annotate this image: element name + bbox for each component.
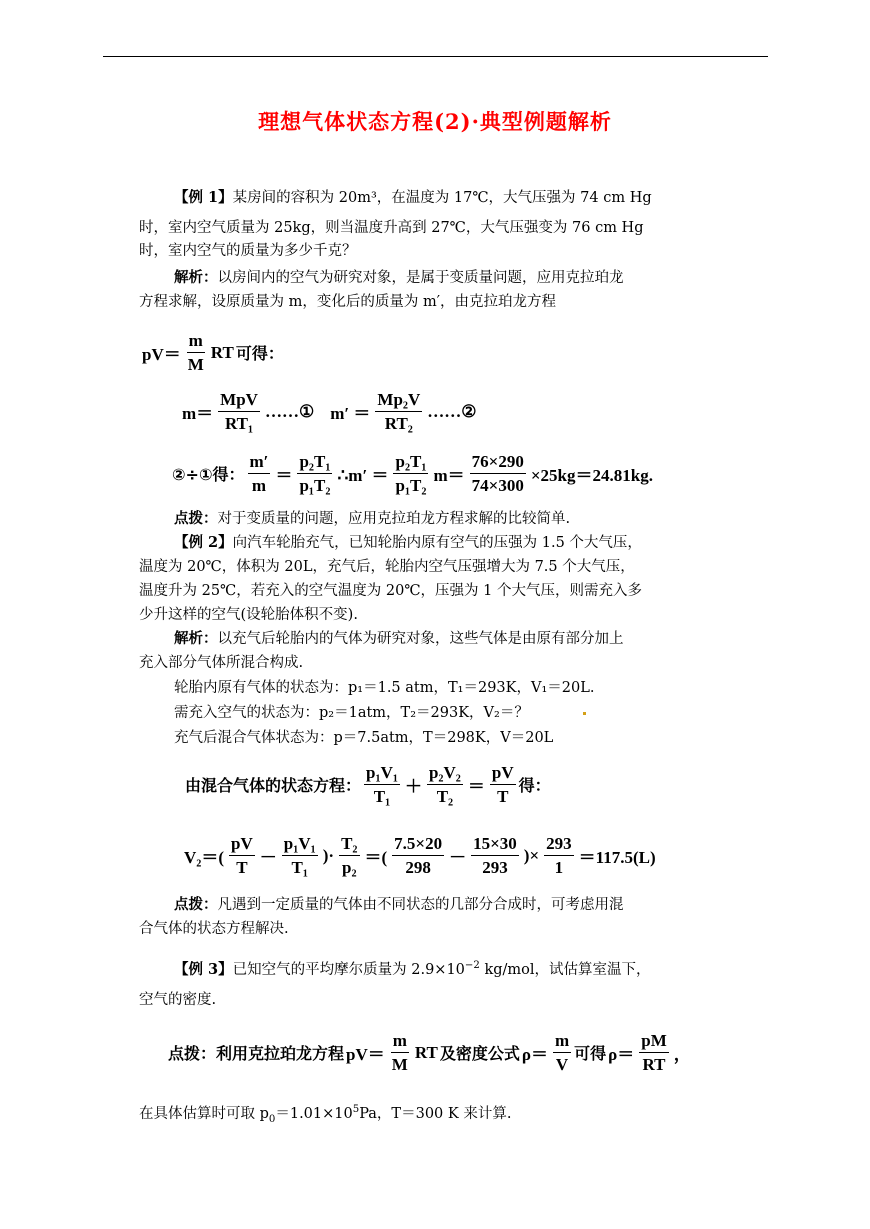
example2-line3: 温度升为 25℃，若充入的空气温度为 20℃，压强为 1 个大气压，则需充入多 <box>139 582 642 600</box>
example2-line4: 少升这样的空气(设轮胎体积不变). <box>139 606 358 624</box>
analysis-label: 解析： <box>174 630 218 647</box>
density-tip-equation: 点拨： 利用克拉珀龙方程 pV＝ mM RT 及密度公式 ρ＝ mV 可得 ρ＝… <box>168 1031 693 1074</box>
stray-mark <box>583 712 586 715</box>
fraction: p₂T₁p₁T₂ <box>297 452 332 495</box>
fraction: T₂p₂ <box>339 834 359 877</box>
fraction: p₂V₂T₂ <box>427 763 463 806</box>
header-rule <box>103 56 768 57</box>
example1-analysis-line2: 方程求解，设原质量为 m，变化后的质量为 m′，由克拉珀龙方程 <box>139 293 556 311</box>
fraction: 76×29074×300 <box>470 452 526 495</box>
example1-line2: 时，室内空气质量为 25kg，则当温度升高到 27℃，大气压强变为 76 cm … <box>139 219 643 237</box>
example2-tip-line2: 合气体的状态方程解决. <box>139 920 289 938</box>
example2-label: 【例 2】 <box>174 534 233 551</box>
example3-final: 在具体估算时可取 p0＝1.01×105Pa，T＝300 K 来计算. <box>139 1105 511 1123</box>
fraction: mM <box>186 331 206 374</box>
analysis-label: 解析： <box>174 269 218 286</box>
fraction: 7.5×20298 <box>392 834 444 877</box>
fraction: Mp₂VRT₂ <box>375 390 422 433</box>
example2-line2: 温度为 20℃，体积为 20L，充气后，轮胎内空气压强增大为 7.5 个大气压， <box>139 558 635 576</box>
example1-line1: 【例 1】某房间的容积为 20m³，在温度为 17℃，大气压强为 74 cm H… <box>174 189 652 207</box>
fraction: pVT <box>490 763 516 806</box>
fraction: pMRT <box>639 1031 669 1074</box>
mass-equations: m＝ MpVRT₁ ……① m′ ＝ Mp₂VRT₂ ……② <box>180 390 479 433</box>
tip-label: 点拨： <box>174 896 218 913</box>
example1-tip: 点拨：对于变质量的问题，应用克拉珀龙方程求解的比较简单. <box>174 510 570 528</box>
fraction: 2931 <box>544 834 574 877</box>
mixed-gas-equation: 由混合气体的状态方程： p₁V₁T₁ ＋ p₂V₂T₂ ＝ pVT 得： <box>185 763 551 806</box>
state-added: 需充入空气的状态为：p₂＝1atm，T₂＝293K，V₂＝？ <box>174 704 529 722</box>
example2-analysis-line1: 解析：以充气后轮胎内的气体为研究对象，这些气体是由原有部分加上 <box>174 630 624 648</box>
example3-line1: 【例 3】已知空气的平均摩尔质量为 2.9×10−2 kg/mol，试估算室温下… <box>174 961 651 979</box>
example3-label: 【例 3】 <box>174 961 233 978</box>
fraction: pVT <box>229 834 255 877</box>
fraction: p₁V₁T₁ <box>364 763 400 806</box>
clapeyron-equation: pV＝ mM RT可得： <box>140 331 284 374</box>
example2-line1: 【例 2】向汽车轮胎充气，已知轮胎内原有空气的压强为 1.5 个大气压， <box>174 534 642 552</box>
example2-tip-line1: 点拨：凡遇到一定质量的气体由不同状态的几部分合成时，可考虑用混 <box>174 896 624 914</box>
fraction: p₂T₁p₁T₂ <box>393 452 428 495</box>
fraction: MpVRT₁ <box>218 390 260 433</box>
state-mixed: 充气后混合气体状态为：p＝7.5atm，T＝298K，V＝20L <box>174 729 553 747</box>
example1-line3: 时，室内空气的质量为多少千克？ <box>139 242 357 260</box>
fraction: mM <box>390 1031 410 1074</box>
example3-line2: 空气的密度. <box>139 991 216 1009</box>
fraction: m′m <box>248 452 271 495</box>
example2-analysis-line2: 充入部分气体所混合构成. <box>139 654 303 672</box>
v2-solution: V₂＝( pVT － p₁V₁T₁ )· T₂p₂ ＝( 7.5×20298 －… <box>182 834 658 877</box>
fraction: 15×30293 <box>471 834 519 877</box>
tip-label: 点拨： <box>174 510 218 527</box>
example1-analysis-line1: 解析：以房间内的空气为研究对象，是属于变质量问题，应用克拉珀龙 <box>174 269 624 287</box>
fraction: p₁V₁T₁ <box>282 834 318 877</box>
fraction: mV <box>553 1031 571 1074</box>
example1-label: 【例 1】 <box>174 189 233 206</box>
page-title: 理想气体状态方程(2)·典型例题解析 <box>0 106 870 136</box>
ratio-equation: ②÷①得： m′m ＝ p₂T₁p₁T₂ ∴m′ ＝ p₂T₁p₁T₂ m＝ 7… <box>172 452 655 495</box>
state-original: 轮胎内原有气体的状态为：p₁＝1.5 atm，T₁＝293K，V₁＝20L. <box>174 679 594 697</box>
